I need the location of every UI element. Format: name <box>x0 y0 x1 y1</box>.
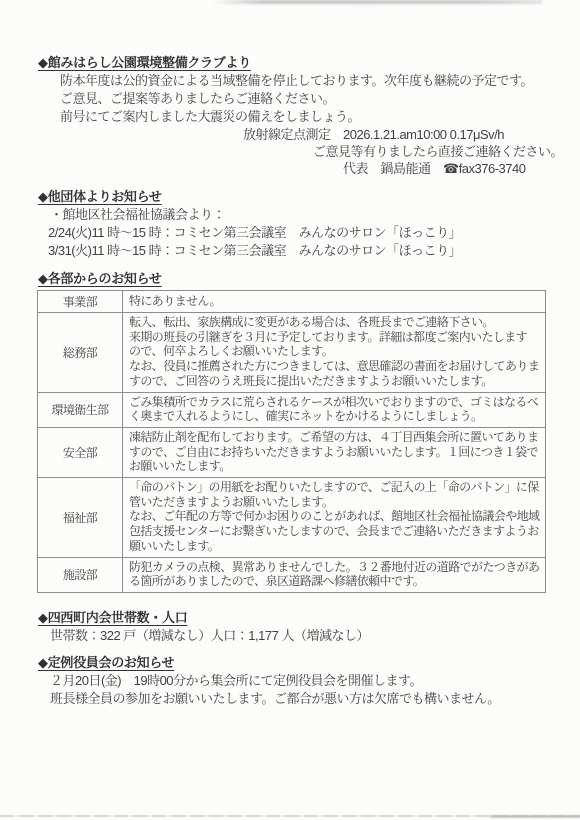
section-departments: ◆各部からのお知らせ 事業部 特にありません。 総務部 転入、転出、家族構成に変… <box>0 270 580 593</box>
scan-artifact-bottom-right <box>490 815 580 818</box>
departments-table: 事業部 特にありません。 総務部 転入、転出、家族構成に変更がある場合は、各班長… <box>37 290 546 593</box>
department-name-cell: 福祉部 <box>38 478 123 558</box>
section-heading: ◆他団体よりお知らせ <box>38 188 580 206</box>
event-line: 3/31(火)11 時～15 時：コミセン第三会議室 みんなのサロン「ほっこり」 <box>48 242 580 260</box>
department-text-cell: ごみ集積所でカラスに荒らされるケースが相次いでおりますので、ゴミはなるべ く奥ま… <box>123 392 546 427</box>
representative-contact: 代表 鍋島能通 ☎fax376-3740 <box>343 160 580 177</box>
paragraph-line: 防本年度は公的資金による当域整備を停止しております。次年度も継続の予定です。 <box>60 72 580 90</box>
section-meeting: ◆定例役員会のお知らせ ２月20日(金) 19時00分から集会所にて定例役員会を… <box>0 654 580 708</box>
department-name-cell: 環境衛生部 <box>38 392 123 427</box>
population-stats: 世帯数：322 戸（増減なし）人口：1,177 人（増減なし） <box>50 627 580 645</box>
department-text-cell: 「命のバトン」の用紙をお配りいたしますので、ご記入の上「命のバトン」に保 管いた… <box>123 478 546 558</box>
section-heading: ◆各部からのお知らせ <box>38 270 580 288</box>
section-heading: ◆館みはらし公園環境整備クラブより <box>38 54 580 72</box>
department-text-cell: 凍結防止剤を配布しております。ご希望の方は、４丁目西集会所に置いてありま すので… <box>123 427 546 477</box>
department-name-cell: 事業部 <box>38 291 123 313</box>
newsletter-content: ◆館みはらし公園環境整備クラブより 防本年度は公的資金による当域整備を停止してお… <box>0 0 580 708</box>
table-row: 安全部 凍結防止剤を配布しております。ご希望の方は、４丁目西集会所に置いてありま… <box>38 427 546 477</box>
table-row: 事業部 特にありません。 <box>38 291 546 313</box>
department-text-cell: 防犯カメラの点検、異常ありませんでした。３２番地付近の道路でがたつきがあ る箇所… <box>123 557 546 592</box>
event-line: 2/24(火)11 時～15 時：コミセン第三会議室 みんなのサロン「ほっこり」 <box>48 224 580 242</box>
meeting-schedule: ２月20日(金) 19時00分から集会所にて定例役員会を開催します。 <box>50 672 580 690</box>
table-row: 環境衛生部 ごみ集積所でカラスに荒らされるケースが相次いでおりますので、ゴミはな… <box>38 392 546 427</box>
paragraph-line: 前号にてご案内しました大震災の備えをしましょう。 <box>60 108 580 126</box>
section-park-club: ◆館みはらし公園環境整備クラブより 防本年度は公的資金による当域整備を停止してお… <box>0 54 580 177</box>
source-organization: ・館地区社会福祉協議会より： <box>50 206 580 224</box>
feedback-note: ご意見等有りましたら直接ご連絡ください。 <box>313 143 580 160</box>
table-row: 福祉部 「命のバトン」の用紙をお配りいたしますので、ご記入の上「命のバトン」に保… <box>38 478 546 558</box>
department-text-cell: 特にありません。 <box>123 291 546 313</box>
section-heading: ◆定例役員会のお知らせ <box>38 654 580 672</box>
department-name-cell: 施設部 <box>38 557 123 592</box>
table-row: 施設部 防犯カメラの点検、異常ありませんでした。３２番地付近の道路でがたつきがあ… <box>38 557 546 592</box>
section-population: ◆四西町内会世帯数・人口 世帯数：322 戸（増減なし）人口：1,177 人（増… <box>0 609 580 645</box>
department-name-cell: 安全部 <box>38 427 123 477</box>
table-row: 総務部 転入、転出、家族構成に変更がある場合は、各班長までご連絡下さい。 来期の… <box>38 313 546 393</box>
department-text-cell: 転入、転出、家族構成に変更がある場合は、各班長までご連絡下さい。 来期の班長の引… <box>123 313 546 393</box>
section-heading: ◆四西町内会世帯数・人口 <box>38 609 580 627</box>
department-name-cell: 総務部 <box>38 313 123 393</box>
radiation-measurement: 放射線定点測定 2026.1.21.am10:00 0.17μSv/h <box>243 126 580 143</box>
paragraph-line: ご意見、ご提案等ありましたらご連絡ください。 <box>60 90 580 108</box>
section-other-organizations: ◆他団体よりお知らせ ・館地区社会福祉協議会より： 2/24(火)11 時～15… <box>0 188 580 260</box>
meeting-note: 班長様全員の参加をお願いいたします。ご都合が悪い方は欠席でも構いません。 <box>50 690 580 708</box>
scanned-newsletter-page: ◆館みはらし公園環境整備クラブより 防本年度は公的資金による当域整備を停止してお… <box>0 0 580 820</box>
